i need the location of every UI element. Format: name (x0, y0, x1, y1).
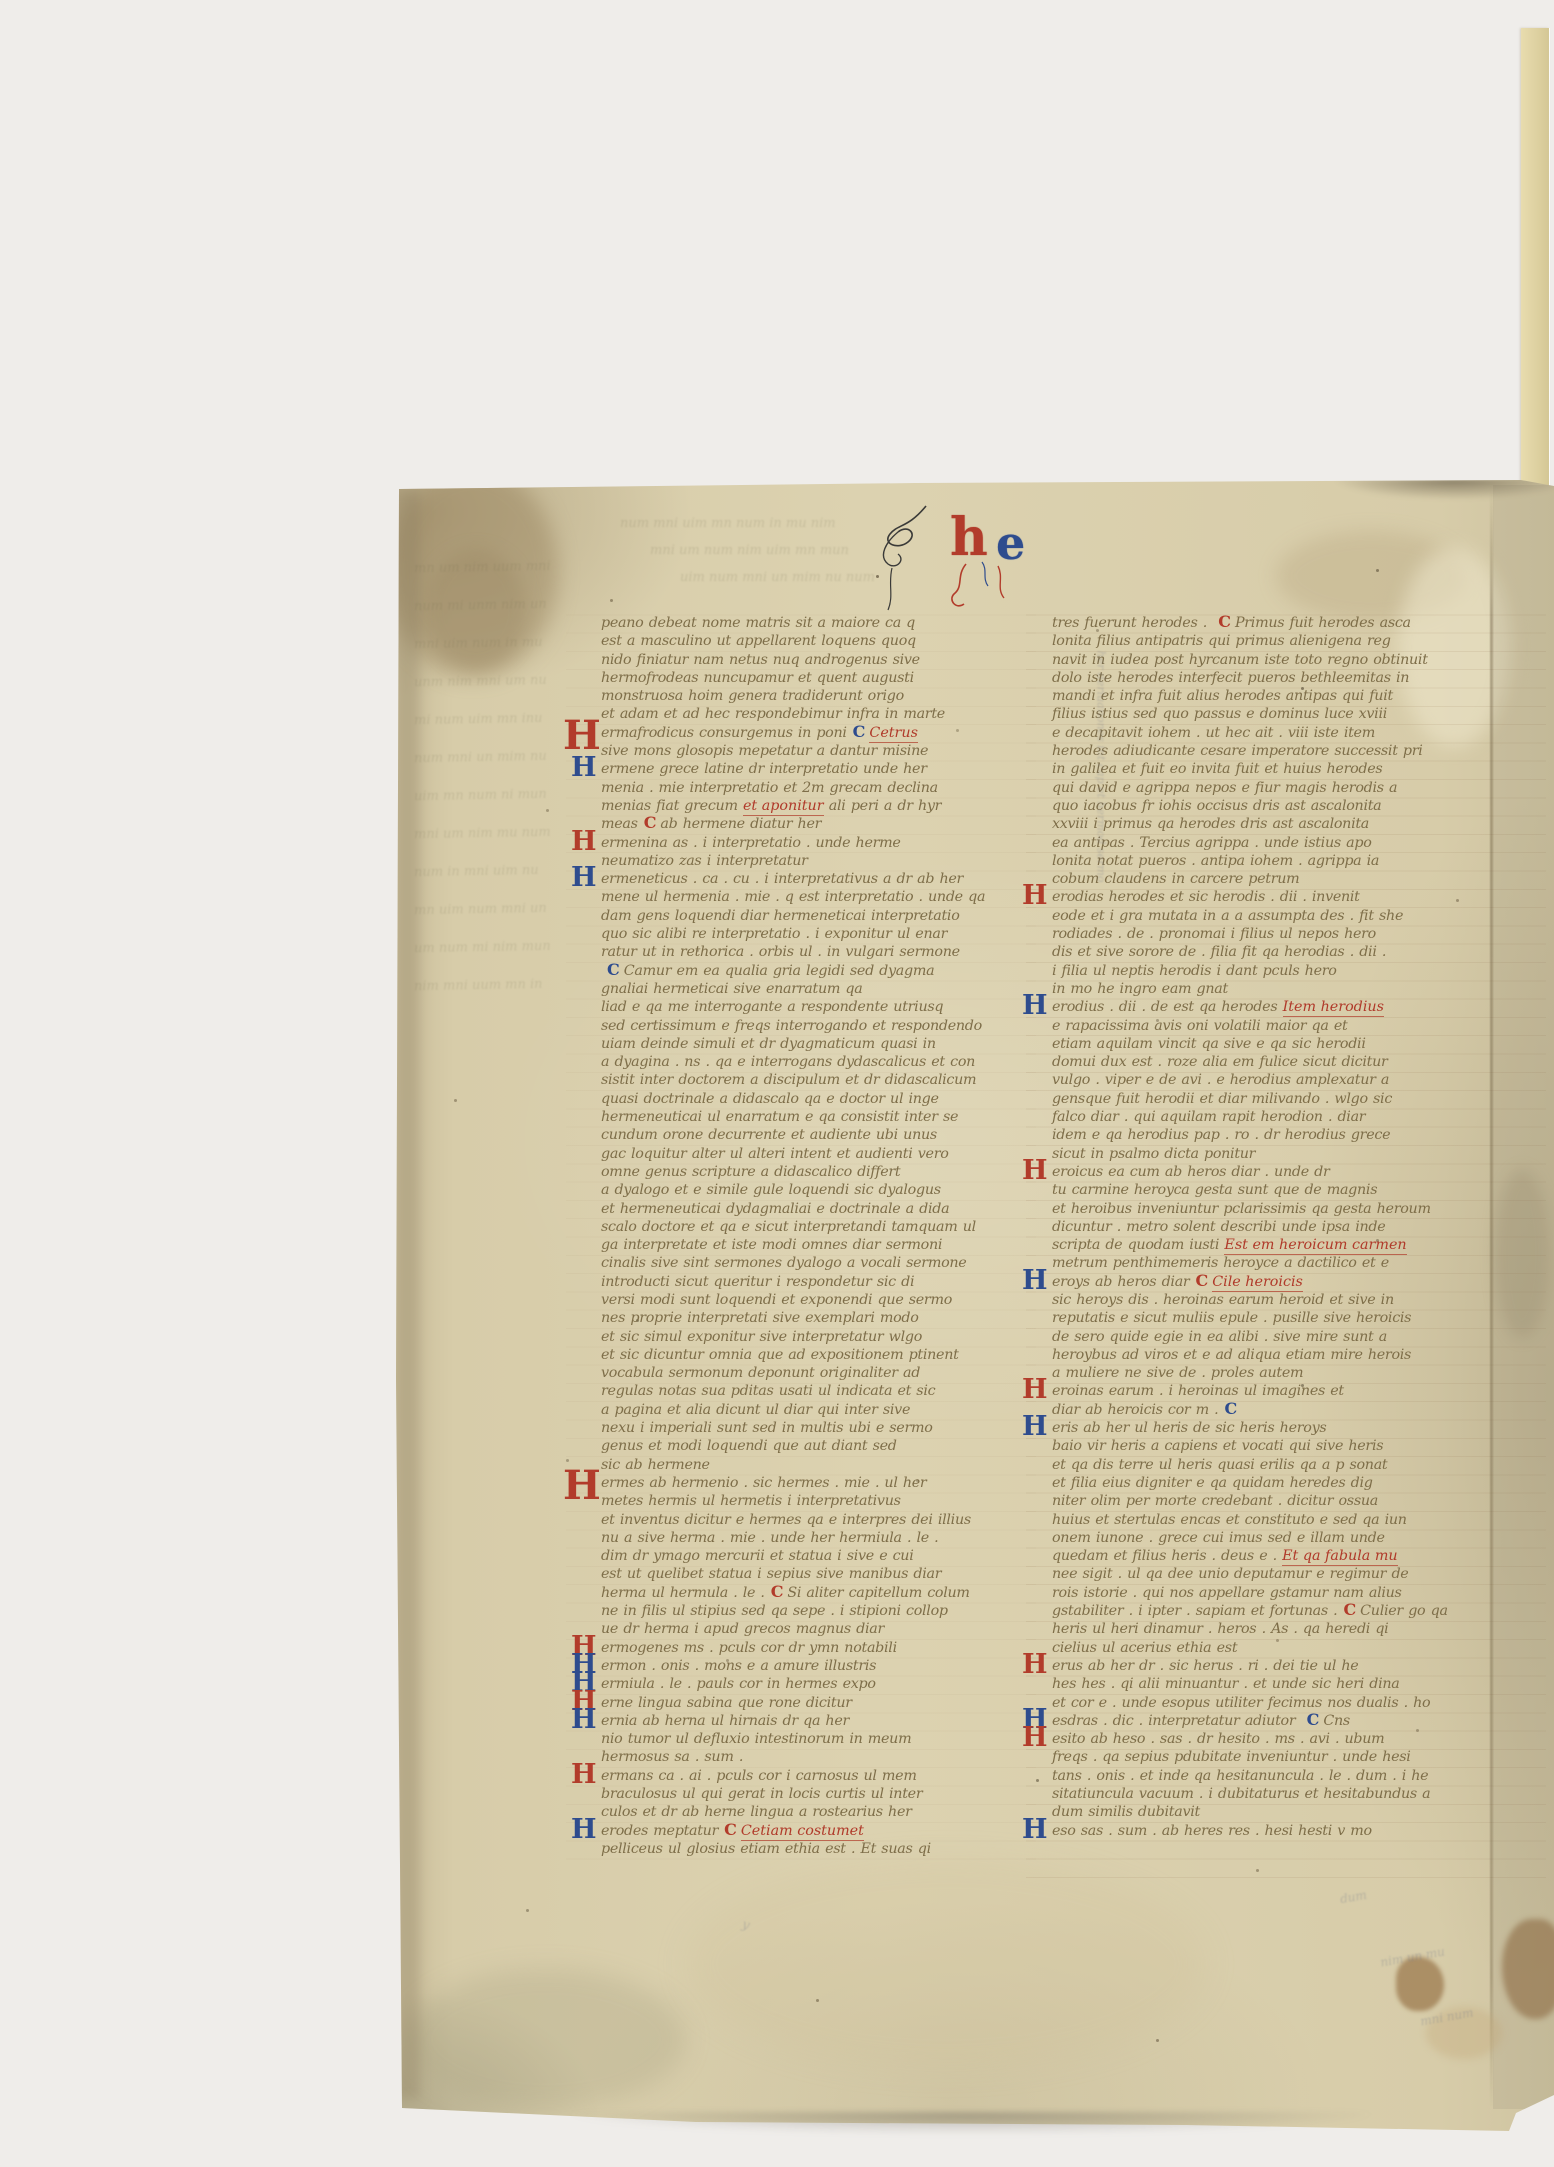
text-line: hermeneuticai ul enarratum e qa consisti… (601, 1106, 1047, 1124)
manuscript-scan-photo: h e peano debeat nome matris sit a maior… (0, 0, 1554, 2167)
text-line: Herodius . dii . de est qa herodes Item … (1052, 996, 1488, 1014)
text-line: cinalis sive sint sermones dyalogo a voc… (601, 1252, 1047, 1270)
pencil-marginalia: her deriuanones int cap et hermod sermo (1094, 651, 1107, 883)
text-line: gensque fuit herodii et diar milivando .… (1052, 1088, 1488, 1106)
beyond-fold-tint (1493, 485, 1554, 2109)
text-line: braculosus ul qui gerat in locis curtis … (601, 1783, 1047, 1801)
text-line: sistit inter doctorem a discipulum et dr… (601, 1069, 1047, 1087)
text-line: niter olim per morte credebant . dicitur… (1052, 1490, 1488, 1508)
text-line: nido finiatur nam netus nuq androgenus s… (601, 649, 1047, 667)
text-line: hermosus sa . sum . (601, 1746, 1047, 1764)
text-line: tans . onis . et inde qa hesitanuncula .… (1052, 1765, 1488, 1783)
showthrough-text: num mni uim mn num in mu nim (620, 516, 836, 531)
text-line: eode et i gra mutata in a a assumpta des… (1052, 905, 1488, 923)
text-line: herma ul hermula . le .CSi aliter capite… (601, 1582, 1047, 1600)
text-line: Hernia ab herna ul hirnais dr qa her (601, 1710, 1047, 1728)
text-line: rois istorie . qui nos appellare gstamur… (1052, 1582, 1488, 1600)
text-line: a dyagina . ns . qa e interrogans dydasc… (601, 1051, 1047, 1069)
paragraph-mark: C (1224, 1399, 1237, 1418)
text-line: quo sic alibi re interpretatio . i expon… (601, 923, 1047, 941)
text-line: et heroibus inveniuntur pclarissimis qa … (1052, 1198, 1488, 1216)
showthrough-text: uim mn num ni mun (414, 787, 547, 804)
text-line: Hermogenes ms . pculs cor dr ymn notabil… (601, 1637, 1047, 1655)
text-line: Hermenina as . i interpretatio . unde he… (601, 832, 1047, 850)
text-line: cundum orone decurrente et audiente ubi … (601, 1124, 1047, 1142)
text-line: measCab hermene diatur her (601, 813, 1047, 831)
text-line: cobum claudens in carcere petrum (1052, 868, 1488, 886)
showthrough-text: num mi unm nim un (414, 597, 547, 614)
text-line: in galilea et fuit eo invita fuit et hui… (1052, 758, 1488, 776)
showthrough-text: unm nim mni um nu (414, 673, 547, 690)
text-line: dum similis dubitavit (1052, 1801, 1488, 1819)
text-line: omne genus scripture a didascalico diffe… (601, 1161, 1047, 1179)
text-line: et filia eius digniter e qa quidam hered… (1052, 1472, 1488, 1490)
text-line: Hermene grece latine dr interpretatio un… (601, 758, 1047, 776)
text-line: monstruosa hoim genera tradiderunt origo (601, 685, 1047, 703)
text-line: nio tumor ul defluxio intestinorum in me… (601, 1728, 1047, 1746)
text-line: Heroicus ea cum ab heros diar . unde dr (1052, 1161, 1488, 1179)
text-line: peano debeat nome matris sit a maiore ca… (601, 612, 1047, 630)
text-line: e rapacissima avis oni volatili maior qa… (1052, 1015, 1488, 1033)
text-line: Heroys ab heros diarCCile heroicis (1052, 1271, 1488, 1289)
text-line: neumatizo zas i interpretatur (601, 850, 1047, 868)
text-line: sic heroys dis . heroinas earum heroid e… (1052, 1289, 1488, 1307)
text-line: sic ab hermene (601, 1454, 1047, 1472)
text-line: versi modi sunt loquendi et exponendi qu… (601, 1289, 1047, 1307)
text-line: Herne lingua sabina que rone dicitur (601, 1692, 1047, 1710)
text-line: quasi doctrinale a didascalo qa e doctor… (601, 1088, 1047, 1106)
text-line: herodes adiudicante cesare imperatore su… (1052, 740, 1488, 758)
text-line: est a masculino ut appellarent loquens q… (601, 630, 1047, 648)
text-line: ratur ut in rethorica . orbis ul . in vu… (601, 941, 1047, 959)
paragraph-mark: C (853, 722, 866, 741)
text-line: scalo doctore et qa e sicut interpretand… (601, 1216, 1047, 1234)
paragraph-mark: C (1195, 1271, 1208, 1290)
text-line: Hermafrodicus consurgemus in poniCCetrus (601, 722, 1047, 740)
text-column-left: peano debeat nome matris sit a maiore ca… (601, 612, 1047, 1856)
text-line: a dyalogo et e simile gule loquendi sic … (601, 1179, 1047, 1197)
text-line: ea antipas . Tercius agrippa . unde isti… (1052, 832, 1488, 850)
text-line: quedam et filius heris . deus e . Et qa … (1052, 1545, 1488, 1563)
text-line: nee sigit . ul qa dee unio deputamur e r… (1052, 1563, 1488, 1581)
text-line: Hermiula . le . pauls cor in hermes expo (601, 1673, 1047, 1691)
header-letter-h: h (950, 512, 988, 564)
text-line: a pagina et alia dicunt ul diar qui inte… (601, 1399, 1047, 1417)
edge-darkening (396, 489, 420, 2099)
text-line: gnaliai hermeticai sive enarratum qa (601, 978, 1047, 996)
paragraph-mark: C (607, 960, 620, 979)
text-line: domui dux est . roze alia em fulice sicu… (1052, 1051, 1488, 1069)
text-line: menia . mie interpretatio et 2m grecam d… (601, 777, 1047, 795)
text-line: hermofrodeas nuncupamur et quent augusti (601, 667, 1047, 685)
drop-initial: H (571, 828, 597, 855)
text-line: heroybus ad viros et e ad aliqua etiam m… (1052, 1344, 1488, 1362)
drop-initial: H (1022, 1267, 1048, 1294)
text-line: nes proprie interpretati sive exemplari … (601, 1307, 1047, 1325)
text-line: uiam deinde simuli et dr dyagmaticum qua… (601, 1033, 1047, 1051)
drop-initial: H (571, 1761, 597, 1788)
text-line: metrum penthimemeris heroyce a dactilico… (1052, 1252, 1488, 1270)
text-line: dolo iste herodes interfecit pueros beth… (1052, 667, 1488, 685)
showthrough-text: mi num uim mn inu (414, 711, 543, 728)
text-line: ga interpretate et iste modi omnes diar … (601, 1234, 1047, 1252)
paragraph-mark: C (724, 1820, 737, 1839)
text-line: huius et stertulas encas et constituto e… (1052, 1509, 1488, 1527)
text-line: quo iacobus fr iohis occisus dris ast as… (1052, 795, 1488, 813)
drop-initial: H (1022, 1157, 1048, 1184)
drop-initial: H (1022, 1724, 1048, 1751)
text-line: Hesdras . dic . interpretatur adiutor CC… (1052, 1710, 1488, 1728)
text-line: nu a sive herma . mie . unde her hermiul… (601, 1527, 1047, 1545)
text-line: et sic simul exponitur sive interpretatu… (601, 1326, 1047, 1344)
text-line: freqs . qa sepius pdubitate inveniuntur … (1052, 1746, 1488, 1764)
text-line: ne in filis ul stipius sed qa sepe . i s… (601, 1600, 1047, 1618)
text-line: regulas notas sua pditas usati ul indica… (601, 1380, 1047, 1398)
drop-initial: H (571, 1706, 597, 1733)
text-line: dim dr ymago mercurii et statua i sive e… (601, 1545, 1047, 1563)
text-line: Hermans ca . ai . pculs cor i carnosus u… (601, 1765, 1047, 1783)
showthrough-text: num mni un mim nu (414, 749, 547, 766)
text-line: tu carmine heroyca gesta sunt que de mag… (1052, 1179, 1488, 1197)
text-line: menias fiat grecum et aponitur ali peri … (601, 795, 1047, 813)
text-line: hes hes . qi alii minuantur . et unde si… (1052, 1673, 1488, 1691)
showthrough-text: um num mi nim mun (414, 939, 551, 956)
text-line: sed certissimum e freqs interrogando et … (601, 1015, 1047, 1033)
text-line: gac loquitur alter ul alteri intent et a… (601, 1143, 1047, 1161)
adjacent-leaf-edge (1521, 28, 1549, 488)
showthrough-text: mni um num nim uim mn mun (650, 543, 849, 558)
text-line: a muliere ne sive de . proles autem (1052, 1362, 1488, 1380)
drop-initial: H (1022, 1816, 1048, 1843)
text-line: cielius ul acerius ethia est (1052, 1637, 1488, 1655)
showthrough-text: nim mni uum mn in (414, 977, 543, 994)
showthrough-text: uim num mni un mim nu num (680, 570, 875, 585)
text-line: e decapitavit iohem . ut hec ait . viii … (1052, 722, 1488, 740)
text-line: Heris ab her ul heris de sic heris heroy… (1052, 1417, 1488, 1435)
drop-initial: H (563, 1466, 601, 1506)
drop-initial: H (1022, 1651, 1048, 1678)
text-line: liad e qa me interrogante a respondente … (601, 996, 1047, 1014)
showthrough-text: mni uim num in mu (414, 635, 543, 652)
paragraph-mark: C (1343, 1600, 1356, 1619)
paragraph-mark: C (1307, 1710, 1320, 1729)
text-line: filius istius sed quo passus e dominus l… (1052, 703, 1488, 721)
text-line: Herodes meptaturCCetiam costumet (601, 1820, 1047, 1838)
text-column-right: tres fuerunt herodes . CPrimus fuit hero… (1052, 612, 1488, 1838)
showthrough-text: mni um nim mu num (414, 825, 551, 842)
text-line: sitatiuncula vacuum . i dubitaturus et h… (1052, 1783, 1488, 1801)
drop-initial: H (571, 864, 597, 891)
paragraph-mark: C (1218, 612, 1231, 631)
text-line: baio vir heris a capiens et vocati qui s… (1052, 1435, 1488, 1453)
text-line: onem iunone . grece cui imus sed e illam… (1052, 1527, 1488, 1545)
text-line: et qa dis terre ul heris quasi erilis qa… (1052, 1454, 1488, 1472)
text-line: culos et dr ab herne lingua a rostearius… (601, 1801, 1047, 1819)
text-line: dam gens loquendi diar hermeneticai inte… (601, 905, 1047, 923)
leaf-bottom-shadow (430, 2112, 1510, 2140)
text-line: scripta de quodam iusti Est em heroicum … (1052, 1234, 1488, 1252)
text-line: introducti sicut queritur i respondetur … (601, 1271, 1047, 1289)
text-line: lonita filius antipatris qui primus alie… (1052, 630, 1488, 648)
text-line: Hesito ab heso . sas . dr hesito . ms . … (1052, 1728, 1488, 1746)
text-line: ue dr herma i apud grecos magnus diar (601, 1618, 1047, 1636)
text-line: vulgo . viper e de avi . e herodius ampl… (1052, 1069, 1488, 1087)
text-line: et cor e . unde esopus utiliter fecimus … (1052, 1692, 1488, 1710)
text-line: Hermes ab hermenio . sic hermes . mie . … (601, 1472, 1047, 1490)
stain (686, 1859, 1206, 2069)
text-line: diar ab heroicis cor m .C (1052, 1399, 1488, 1417)
text-line: heris ul heri dinamur . heros . As . qa … (1052, 1618, 1488, 1636)
text-line: xxviii i primus qa herodes dris ast asca… (1052, 813, 1488, 831)
drop-initial: H (1022, 992, 1048, 1019)
drop-initial: H (571, 754, 597, 781)
text-line: genus et modi loquendi que aut diant sed (601, 1435, 1047, 1453)
text-line: vocabula sermonum deponunt originaliter … (601, 1362, 1047, 1380)
text-line: navit in iudea post hyrcanum iste toto r… (1052, 649, 1488, 667)
text-line: de sero quide egie in ea alibi . sive mi… (1052, 1326, 1488, 1344)
text-line: dis et sive sorore de . filia fit qa her… (1052, 941, 1488, 959)
drop-initial: H (1022, 1413, 1048, 1440)
text-line: tres fuerunt herodes . CPrimus fuit hero… (1052, 612, 1488, 630)
fold-line (1490, 487, 1493, 2107)
text-line: qui david e agrippa nepos e fiur magis h… (1052, 777, 1488, 795)
text-line: lonita notat pueros . antipa iohem . agr… (1052, 850, 1488, 868)
text-line: et inventus dicitur e hermes qa e interp… (601, 1509, 1047, 1527)
drop-initial: H (571, 1816, 597, 1843)
paragraph-mark: C (644, 813, 657, 832)
text-line: est ut quelibet statua i sepius sive man… (601, 1563, 1047, 1581)
text-line: idem e qa herodius pap . ro . dr herodiu… (1052, 1124, 1488, 1142)
text-line: CCamur em ea qualia gria legidi sed dyag… (601, 960, 1047, 978)
text-line: Heso sas . sum . ab heres res . hesi hes… (1052, 1820, 1488, 1838)
text-line: Heroinas earum . i heroinas ul imagines … (1052, 1380, 1488, 1398)
text-line: in mo he ingro eam gnat (1052, 978, 1488, 996)
text-line: metes hermis ul hermetis i interpretativ… (601, 1490, 1047, 1508)
text-line: falco diar . qui aquilam rapit herodion … (1052, 1106, 1488, 1124)
drop-initial: H (563, 716, 601, 756)
paragraph-mark: C (771, 1582, 784, 1601)
text-line: et hermeneuticai dydagmaliai e doctrinal… (601, 1198, 1047, 1216)
pen-flourish-icon (938, 560, 1058, 618)
text-line: et sic dicuntur omnia que ad expositione… (601, 1344, 1047, 1362)
showthrough-text: num in mni uim nu (414, 863, 539, 880)
stain (406, 1969, 686, 2109)
text-line: nexu i imperiali sunt sed in multis ubi … (601, 1417, 1047, 1435)
text-line: etiam aquilam vincit qa sive e qa sic he… (1052, 1033, 1488, 1051)
text-line: dicuntur . metro solent describi unde ip… (1052, 1216, 1488, 1234)
text-line: gstabiliter . i ipter . sapiam et fortun… (1052, 1600, 1488, 1618)
text-line: Herodias herodes et sic herodis . dii . … (1052, 886, 1488, 904)
text-line: sicut in psalmo dicta ponitur (1052, 1143, 1488, 1161)
text-line: Hermon . onis . mons e a amure illustris (601, 1655, 1047, 1673)
speckles (396, 479, 399, 482)
text-line: Herus ab her dr . sic herus . ri . dei t… (1052, 1655, 1488, 1673)
text-line: reputatis e sicut muliis epule . pusille… (1052, 1307, 1488, 1325)
showthrough-text: mn um nim uum mni (414, 559, 551, 576)
drop-initial: H (1022, 882, 1048, 909)
text-line: mandi et infra fuit alius herodes antipa… (1052, 685, 1488, 703)
text-line: pelliceus ul glosius etiam ethia est . E… (601, 1838, 1047, 1856)
text-line: sive mons glosopis mepetatur a dantur mi… (601, 740, 1047, 758)
text-line: i filia ul neptis herodis i dant pculs h… (1052, 960, 1488, 978)
text-line: rodiades . de . pronomai i filius ul nep… (1052, 923, 1488, 941)
drop-initial: H (1022, 1376, 1048, 1403)
showthrough-text: mn uim num mni un (414, 901, 547, 918)
text-line: mene ul hermenia . mie . q est interpret… (601, 886, 1047, 904)
text-line: Hermeneticus . ca . cu . i interpretativ… (601, 868, 1047, 886)
text-line: et adam et ad hec respondebimur infra in… (601, 703, 1047, 721)
